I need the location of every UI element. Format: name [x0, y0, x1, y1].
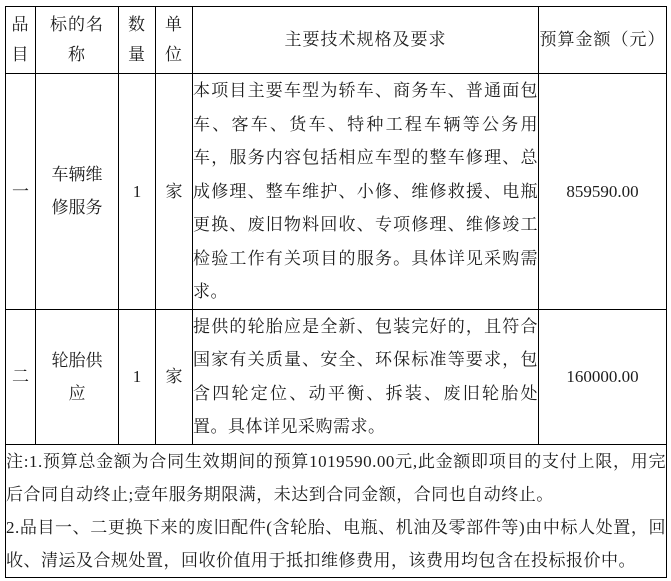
header-unit: 单 位	[156, 7, 193, 74]
unit-cell: 家	[156, 74, 193, 310]
item-no-cell: 一	[6, 74, 36, 310]
header-quantity: 数 量	[119, 7, 156, 74]
header-item-no: 品 目	[6, 7, 36, 74]
budget-cell: 160000.00	[539, 309, 667, 444]
header-budget: 预算金额（元）	[539, 7, 667, 74]
quantity-cell: 1	[119, 74, 156, 310]
procurement-items-table: 品 目 标的名 称 数 量 单 位 主要技术规格及要求 预算金额（元） 一 车辆…	[5, 6, 667, 578]
table-header-row: 品 目 标的名 称 数 量 单 位 主要技术规格及要求 预算金额（元）	[6, 7, 667, 74]
header-target-name: 标的名 称	[36, 7, 119, 74]
notes-row: 注:1.预算总金额为合同生效期间的预算1019590.00元,此金额即项目的支付…	[6, 444, 667, 577]
spec-cell: 提供的轮胎应是全新、包装完好的，且符合国家有关质量、安全、环保标准等要求，包含四…	[193, 309, 539, 444]
unit-cell: 家	[156, 309, 193, 444]
note-2: 2.品目一、二更换下来的废旧配件(含轮胎、电瓶、机油及零部件等)由中标人处置，回…	[6, 511, 666, 577]
document-page: 品 目 标的名 称 数 量 单 位 主要技术规格及要求 预算金额（元） 一 车辆…	[5, 6, 667, 578]
target-name-cell: 车辆维 修服务	[36, 74, 119, 310]
note-1: 注:1.预算总金额为合同生效期间的预算1019590.00元,此金额即项目的支付…	[6, 445, 666, 511]
spec-cell: 本项目主要车型为轿车、商务车、普通面包车、客车、货车、特种工程车辆等公务用车，服…	[193, 74, 539, 310]
table-row: 二 轮胎供 应 1 家 提供的轮胎应是全新、包装完好的，且符合国家有关质量、安全…	[6, 309, 667, 444]
target-name-cell: 轮胎供 应	[36, 309, 119, 444]
item-no-cell: 二	[6, 309, 36, 444]
budget-cell: 859590.00	[539, 74, 667, 310]
table-row: 一 车辆维 修服务 1 家 本项目主要车型为轿车、商务车、普通面包车、客车、货车…	[6, 74, 667, 310]
quantity-cell: 1	[119, 309, 156, 444]
notes-cell: 注:1.预算总金额为合同生效期间的预算1019590.00元,此金额即项目的支付…	[6, 444, 667, 577]
header-spec: 主要技术规格及要求	[193, 7, 539, 74]
